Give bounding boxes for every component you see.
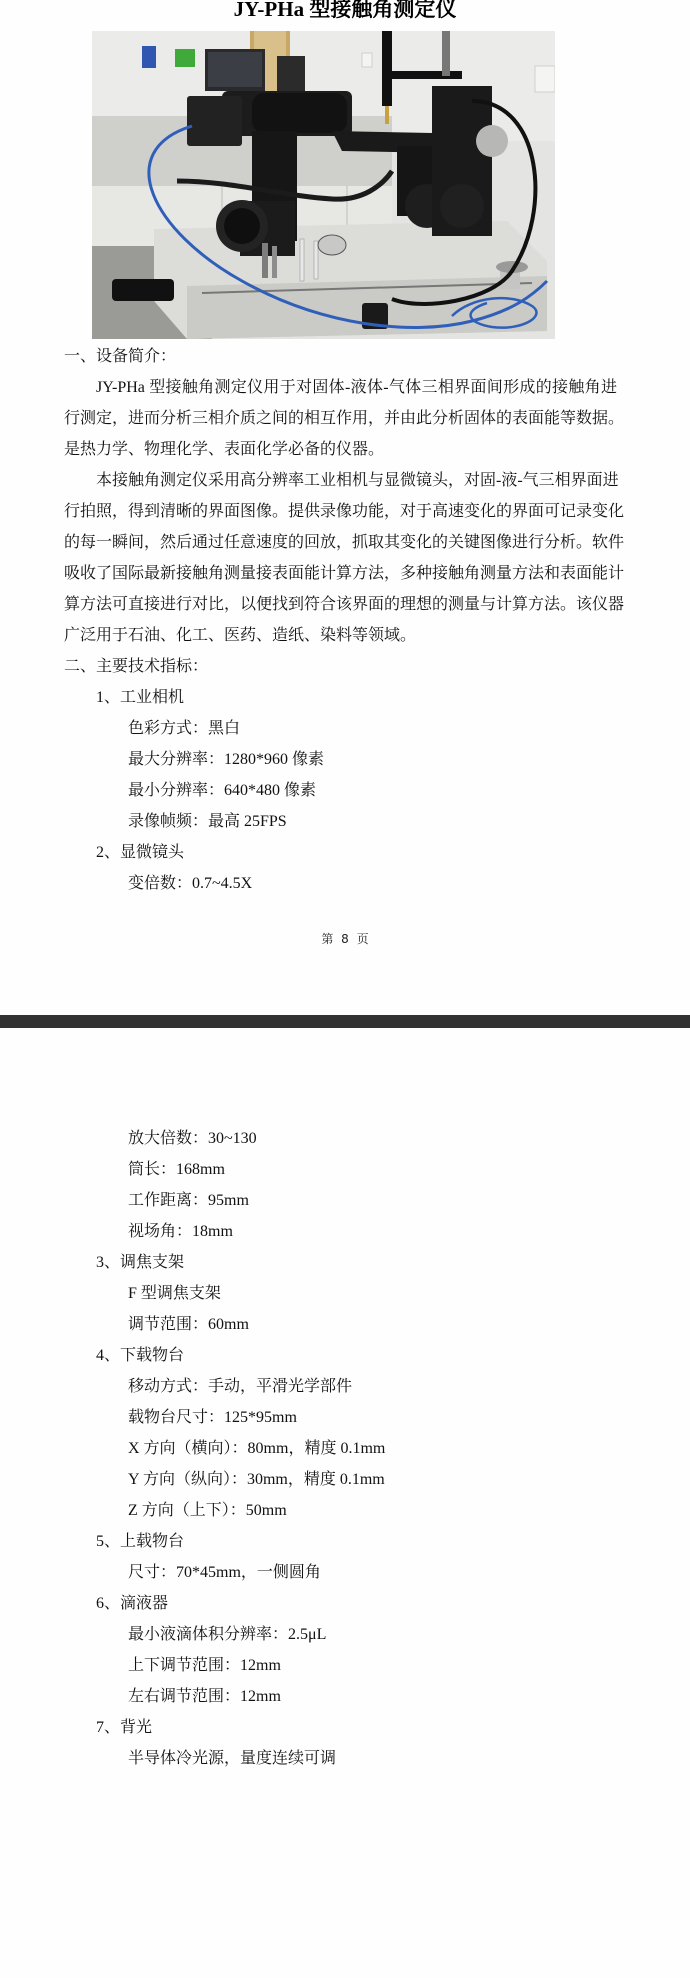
spec-item: 筒长：168mm bbox=[128, 1160, 225, 1180]
paragraph-line: 行拍照，得到清晰的界面图像。提供录像功能，对于高速变化的界面可记录变化 bbox=[64, 502, 617, 522]
spec-heading-lens: 2、显微镜头 bbox=[96, 843, 184, 863]
contact-angle-instrument-image bbox=[92, 31, 555, 339]
spec-item: F 型调焦支架 bbox=[128, 1284, 221, 1304]
document-page-9: 放大倍数：30~130 筒长：168mm 工作距离：95mm 视场角：18mm … bbox=[0, 1028, 690, 1978]
spec-item: 录像帧频：最高 25FPS bbox=[128, 812, 287, 832]
paragraph-line: 广泛用于石油、化工、医药、造纸、染料等领域。 bbox=[64, 626, 416, 646]
spec-heading-camera: 1、工业相机 bbox=[96, 688, 184, 708]
spec-item: 上下调节范围：12mm bbox=[128, 1656, 281, 1676]
paragraph-line: 算方法可直接进行对比，以便找到符合该界面的理想的测量与计算方法。该仪器 bbox=[64, 595, 617, 615]
paragraph-line: 行测定，进而分析三相介质之间的相互作用，并由此分析固体的表面能等数据。 bbox=[64, 409, 617, 429]
document-page-8: JY-PHa 型接触角测定仪 bbox=[0, 0, 690, 1015]
page-number-footer: 第 8 页 bbox=[0, 931, 690, 947]
spec-item: 色彩方式：黑白 bbox=[128, 719, 240, 739]
spec-heading-lower-stage: 4、下载物台 bbox=[96, 1346, 184, 1366]
spec-item: 最小液滴体积分辨率：2.5μL bbox=[128, 1625, 326, 1645]
section-heading-specs: 二、主要技术指标： bbox=[64, 657, 208, 677]
spec-item: 最小分辨率：640*480 像素 bbox=[128, 781, 316, 801]
paragraph-line: 的每一瞬间，然后通过任意速度的回放，抓取其变化的关键图像进行分析。软件 bbox=[64, 533, 617, 553]
spec-heading-upper-stage: 5、上载物台 bbox=[96, 1532, 184, 1552]
spec-item: Z 方向（上下）：50mm bbox=[128, 1501, 287, 1521]
spec-item: 调节范围：60mm bbox=[128, 1315, 249, 1335]
spec-item: X 方向（横向）：80mm，精度 0.1mm bbox=[128, 1439, 385, 1459]
spec-item: 视场角：18mm bbox=[128, 1222, 233, 1242]
section-heading-intro: 一、设备简介： bbox=[64, 347, 176, 367]
spec-item: 半导体冷光源，量度连续可调 bbox=[128, 1749, 336, 1769]
spec-item: 工作距离：95mm bbox=[128, 1191, 249, 1211]
spec-item: 最大分辨率：1280*960 像素 bbox=[128, 750, 324, 770]
spec-heading-focus-bracket: 3、调焦支架 bbox=[96, 1253, 184, 1273]
instrument-photo bbox=[92, 31, 555, 339]
spec-item: 左右调节范围：12mm bbox=[128, 1687, 281, 1707]
spec-item: 移动方式：手动，平滑光学部件 bbox=[128, 1377, 352, 1397]
paragraph-line: 本接触角测定仪采用高分辨率工业相机与显微镜头，对固-液-气三相界面进 bbox=[96, 471, 617, 491]
page-break-divider bbox=[0, 1015, 690, 1028]
paragraph-line: JY-PHa 型接触角测定仪用于对固体-液体-气体三相界面间形成的接触角进 bbox=[96, 378, 617, 398]
spec-item: 载物台尺寸：125*95mm bbox=[128, 1408, 297, 1428]
paragraph-line: 吸收了国际最新接触角测量接表面能计算方法，多种接触角测量方法和表面能计 bbox=[64, 564, 617, 584]
document-title: JY-PHa 型接触角测定仪 bbox=[0, 0, 690, 22]
paragraph-line: 是热力学、物理化学、表面化学必备的仪器。 bbox=[64, 440, 384, 460]
spec-item: 变倍数：0.7~4.5X bbox=[128, 874, 252, 894]
spec-item: 放大倍数：30~130 bbox=[128, 1129, 257, 1149]
spec-heading-backlight: 7、背光 bbox=[96, 1718, 152, 1738]
spec-item: 尺寸：70*45mm，一侧圆角 bbox=[128, 1563, 321, 1583]
spec-item: Y 方向（纵向）：30mm，精度 0.1mm bbox=[128, 1470, 385, 1490]
spec-heading-dispenser: 6、滴液器 bbox=[96, 1594, 168, 1614]
